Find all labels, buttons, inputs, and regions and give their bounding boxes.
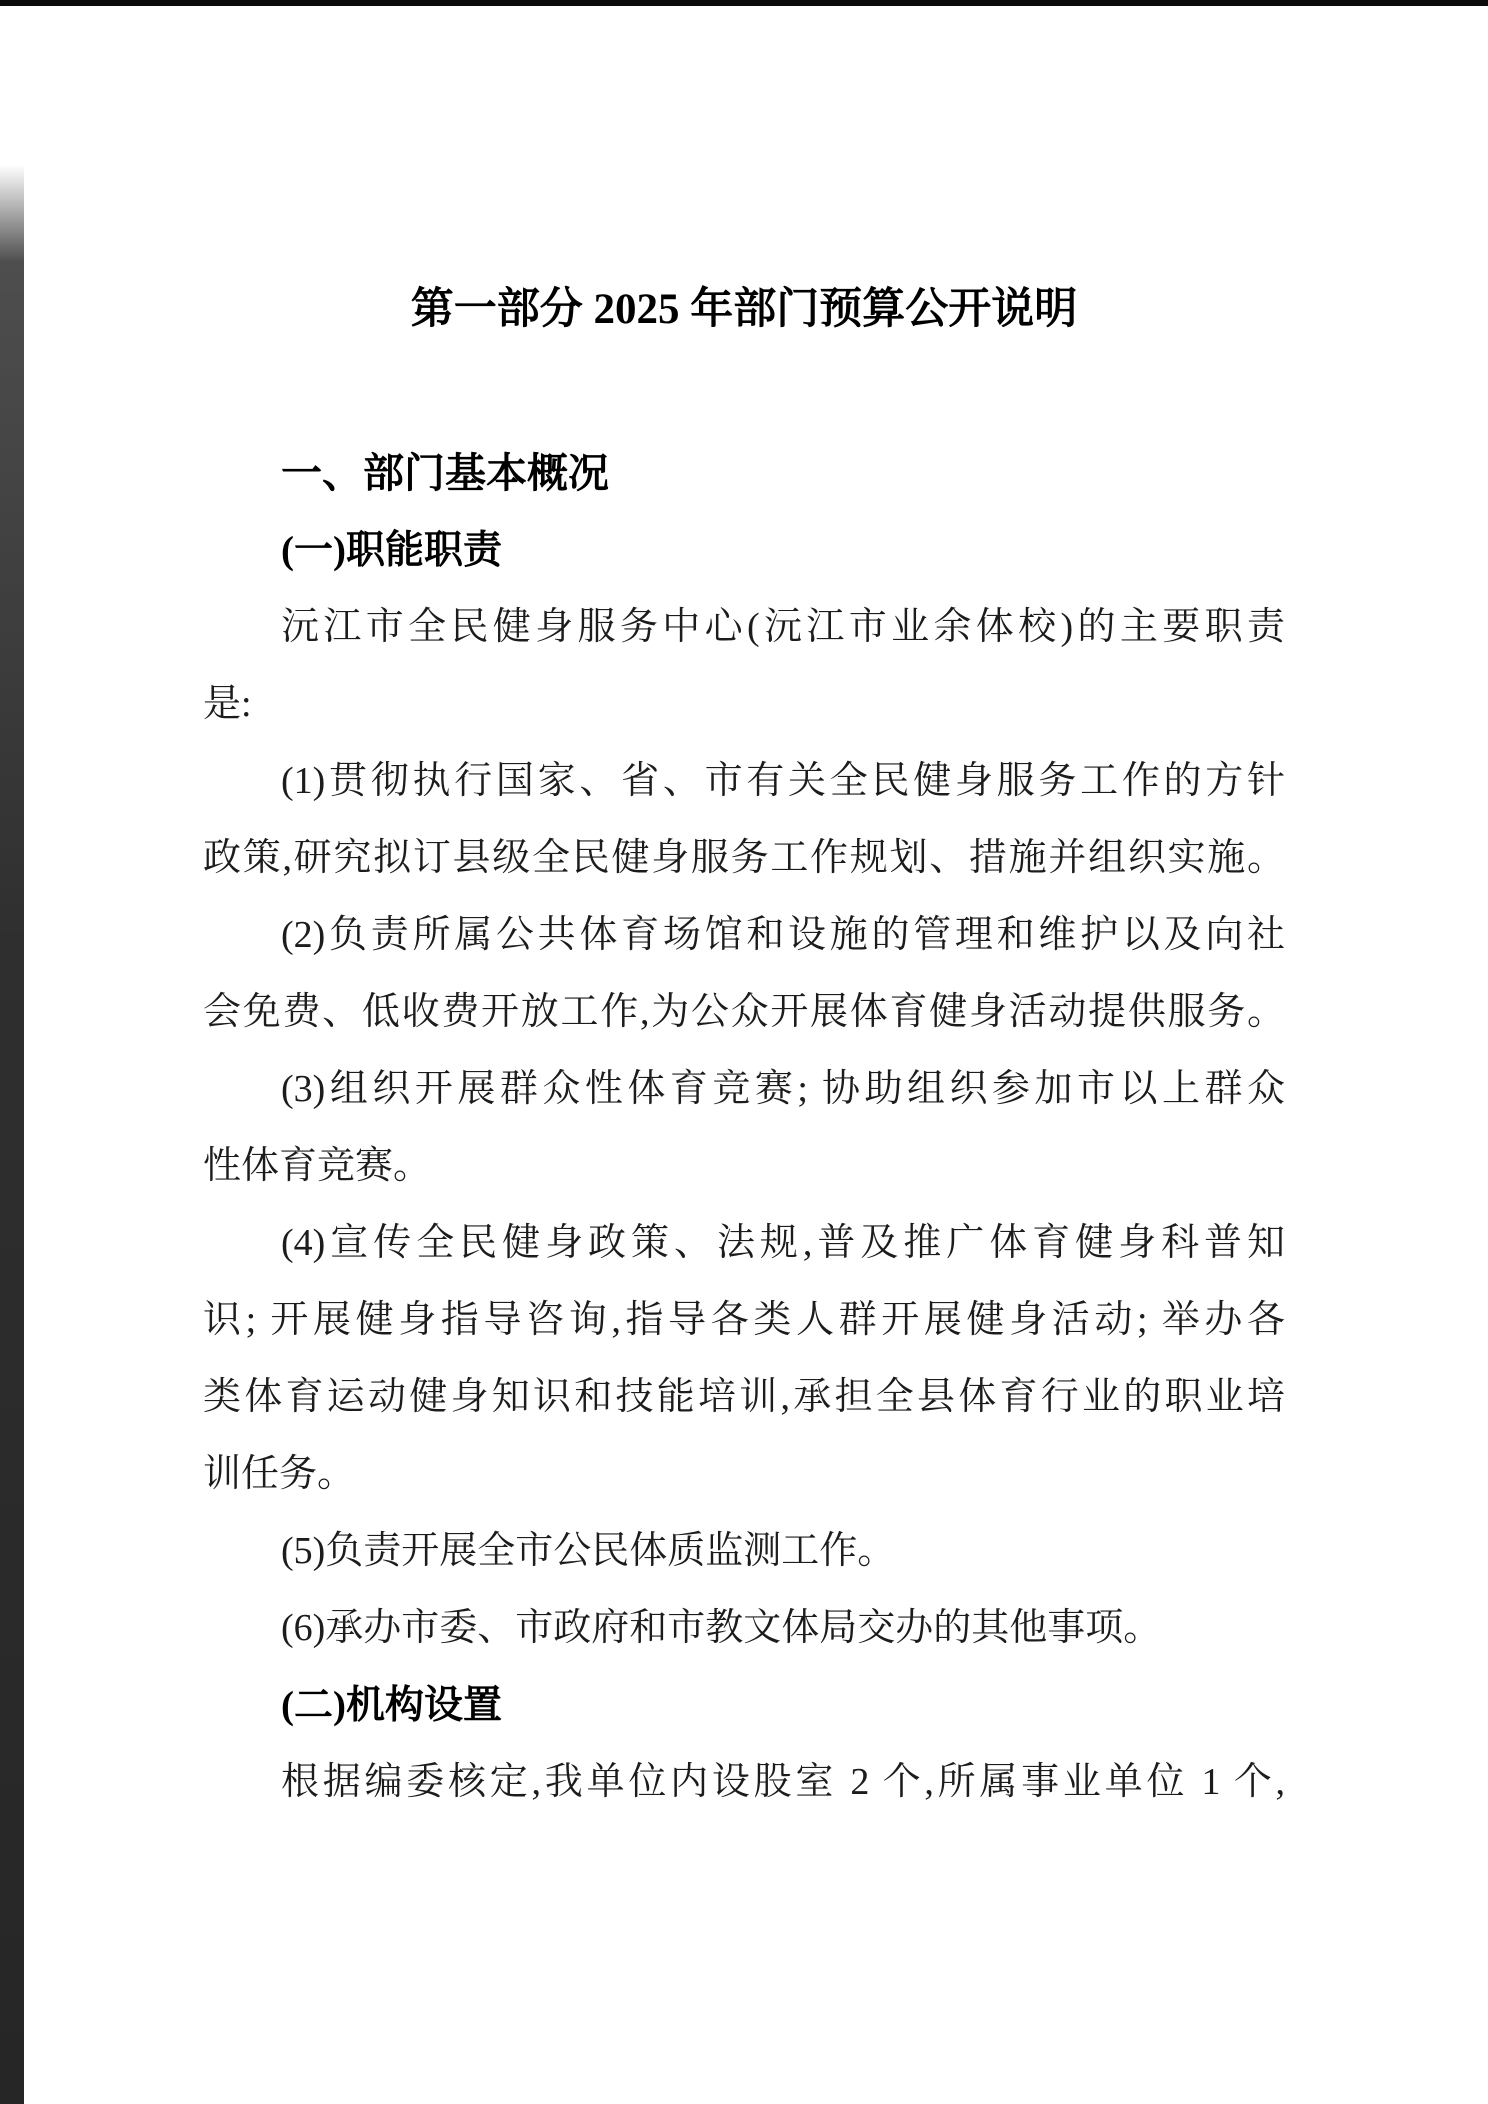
- subsection-heading-structure: (二)机构设置: [203, 1667, 1285, 1744]
- paragraph-line: 会免费、低收费开放工作,为公众开展体育健身活动提供服务。: [203, 974, 1285, 1051]
- scan-edge-top: [0, 0, 1488, 6]
- document-content: 第一部分 2025 年部门预算公开说明一、部门基本概况(一)职能职责沅江市全民健…: [0, 0, 1488, 1821]
- paragraph-line: (3)组织开展群众性体育竞赛; 协助组织参加市以上群众: [203, 1051, 1285, 1128]
- paragraph-line: 性体育竞赛。: [203, 1128, 1285, 1205]
- paragraph-line: 是:: [203, 666, 1285, 743]
- paragraph-line: 根据编委核定,我单位内设股室 2 个,所属事业单位 1 个,: [203, 1744, 1285, 1821]
- paragraph-line: 沅江市全民健身服务中心(沅江市业余体校)的主要职责: [203, 589, 1285, 666]
- paragraph-line: (4)宣传全民健身政策、法规,普及推广体育健身科普知: [203, 1205, 1285, 1282]
- paragraph-line: (5)负责开展全市公民体质监测工作。: [203, 1513, 1285, 1590]
- paragraph-line: (2)负责所属公共体育场馆和设施的管理和维护以及向社: [203, 897, 1285, 974]
- subsection-heading-duties: (一)职能职责: [203, 512, 1285, 589]
- paragraph-line: 识; 开展健身指导咨询,指导各类人群开展健身活动; 举办各: [203, 1282, 1285, 1359]
- paragraph-line: (6)承办市委、市政府和市教文体局交办的其他事项。: [203, 1590, 1285, 1667]
- paragraph-line: (1)贯彻执行国家、省、市有关全民健身服务工作的方针: [203, 743, 1285, 820]
- paragraph-line: 训任务。: [203, 1436, 1285, 1513]
- scan-edge-left: [0, 165, 24, 2104]
- paragraph-line: 类体育运动健身知识和技能培训,承担全县体育行业的职业培: [203, 1359, 1285, 1436]
- section-heading-overview: 一、部门基本概况: [203, 435, 1285, 512]
- document-title: 第一部分 2025 年部门预算公开说明: [203, 280, 1285, 340]
- scanned-document-page: 第一部分 2025 年部门预算公开说明一、部门基本概况(一)职能职责沅江市全民健…: [0, 0, 1488, 2104]
- paragraph-line: 政策,研究拟订县级全民健身服务工作规划、措施并组织实施。: [203, 820, 1285, 897]
